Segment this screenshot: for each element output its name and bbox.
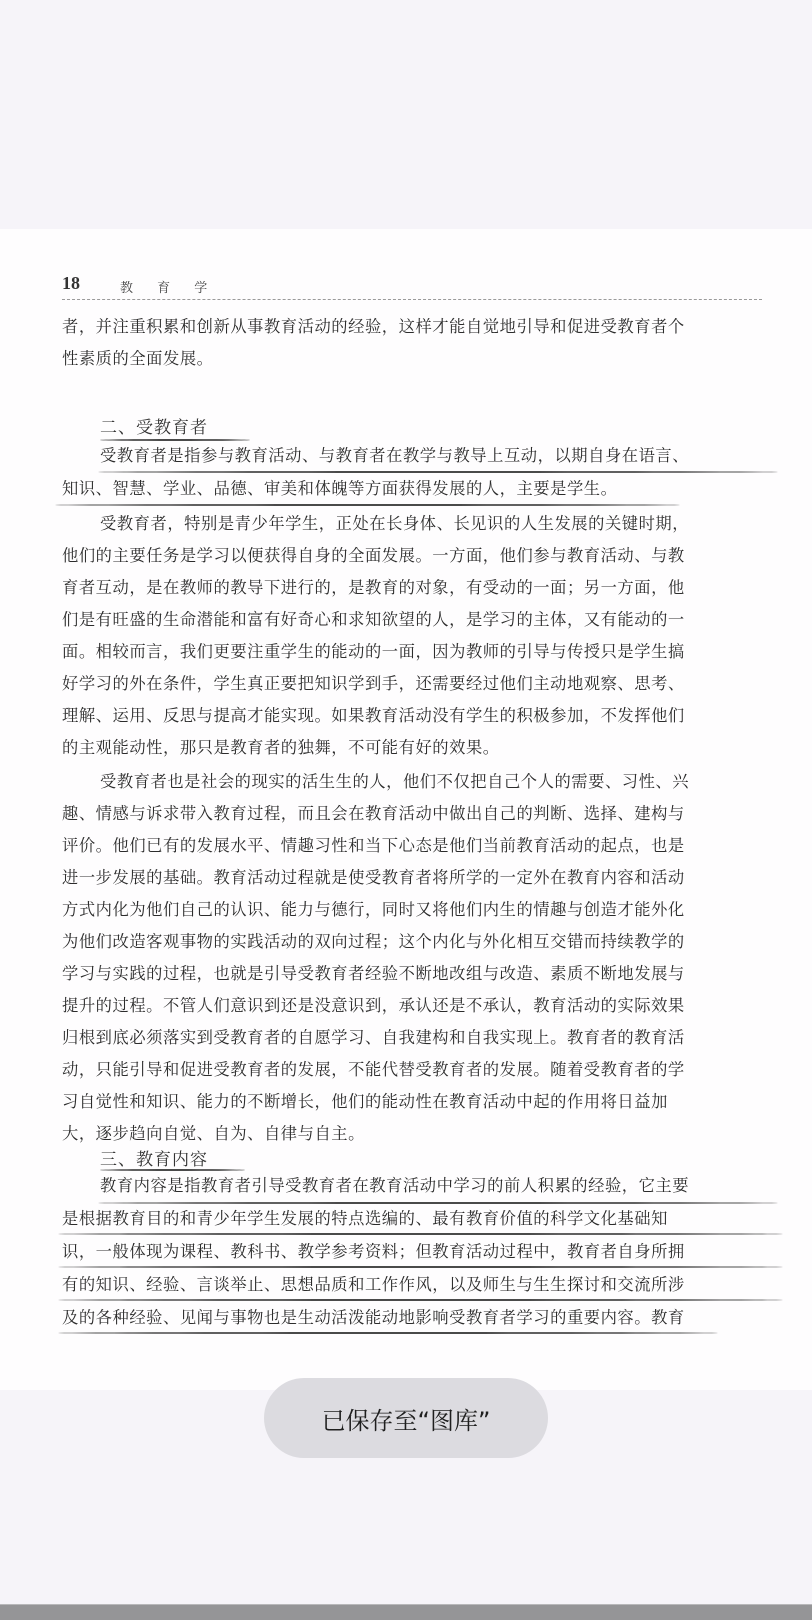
saved-to-gallery-toast: 已保存至“图库” — [264, 1378, 548, 1458]
definition-line: 识，一般体现为课程、教科书、教学参考资料；但教育活动过程中，教育者自身所拥 — [62, 1242, 772, 1262]
text-line: 学习与实践的过程，也就是引导受教育者经验不断地改组与改造、素质不断地发展与 — [62, 964, 772, 984]
text-line: 受教育者也是社会的现实的活生生的人，他们不仅把自己个人的需要、习性、兴 — [100, 772, 772, 792]
text-line: 为他们改造客观事物的实践活动的双向过程；这个内化与外化相互交错而持续教学的 — [62, 932, 772, 952]
text-line: 趣、情感与诉求带入教育过程，而且会在教育活动中做出自己的判断、选择、建构与 — [62, 804, 772, 824]
text-line: 他们的主要任务是学习以便获得自身的全面发展。一方面，他们参与教育活动、与教 — [62, 546, 772, 566]
text-line: 育者互动，是在教师的教导下进行的，是教育的对象，有受动的一面；另一方面，他 — [62, 578, 772, 598]
definition-line: 及的各种经验、见闻与事物也是生动活泼能动地影响受教育者学习的重要内容。教育 — [62, 1308, 772, 1328]
page-number: 18 — [62, 273, 80, 294]
text-line: 进一步发展的基础。教育活动过程就是使受教育者将所学的一定外在教育内容和活动 — [62, 868, 772, 888]
handwritten-underline — [98, 471, 778, 473]
definition-line: 教育内容是指教育者引导受教育者在教育活动中学习的前人积累的经验，它主要 — [100, 1176, 772, 1196]
text-line: 归根到底必须落实到受教育者的自愿学习、自我建构和自我实现上。教育者的教育活 — [62, 1028, 772, 1048]
handwritten-underline — [58, 1299, 783, 1301]
text-line: 大，逐步趋向自觉、自为、自律与自主。 — [62, 1124, 772, 1144]
text-line: 好学习的外在条件，学生真正要把知识学到手，还需要经过他们主动地观察、思考、 — [62, 674, 772, 694]
document-page-image[interactable]: 18 教 育 学 者，并注重积累和创新从事教育活动的经验，这样才能自觉地引导和促… — [0, 229, 812, 1390]
section-heading-learners: 二、受教育者 — [100, 413, 208, 438]
handwritten-underline — [100, 1169, 245, 1171]
definition-line: 受教育者是指参与教育活动、与教育者在教学与教导上互动，以期自身在语言、 — [100, 446, 772, 466]
handwritten-underline — [98, 1202, 778, 1204]
text-line: 者，并注重积累和创新从事教育活动的经验，这样才能自觉地引导和促进受教育者个 — [62, 317, 772, 337]
handwritten-underline — [58, 1332, 718, 1334]
text-line: 们是有旺盛的生命潜能和富有好奇心和求知欲望的人，是学习的主体，又有能动的一 — [62, 610, 772, 630]
definition-line: 知识、智慧、学业、品德、审美和体魄等方面获得发展的人，主要是学生。 — [62, 479, 772, 499]
viewer-background-top — [0, 0, 812, 229]
text-line: 面。相较而言，我们更要注重学生的能动的一面，因为教师的引导与传授只是学生搞 — [62, 642, 772, 662]
handwritten-underline — [100, 439, 250, 441]
handwritten-underline — [58, 1266, 783, 1268]
book-title: 教 育 学 — [120, 277, 217, 296]
bottom-system-bar — [0, 1604, 812, 1620]
handwritten-underline — [58, 1233, 783, 1235]
text-line: 评价。他们已有的发展水平、情趣习性和当下心态是他们当前教育活动的起点，也是 — [62, 836, 772, 856]
text-line: 性素质的全面发展。 — [62, 349, 772, 369]
text-line: 的主观能动性，那只是教育者的独舞，不可能有好的效果。 — [62, 738, 772, 758]
toast-message: 已保存至“图库” — [322, 1401, 491, 1436]
handwritten-underline — [55, 504, 680, 506]
text-line: 动，只能引导和促进受教育者的发展，不能代替受教育者的发展。随着受教育者的学 — [62, 1060, 772, 1080]
text-line: 理解、运用、反思与提高才能实现。如果教育活动没有学生的积极参加，不发挥他们 — [62, 706, 772, 726]
section-heading-content: 三、教育内容 — [100, 1145, 208, 1170]
text-line: 提升的过程。不管人们意识到还是没意识到，承认还是不承认，教育活动的实际效果 — [62, 996, 772, 1016]
definition-line: 是根据教育目的和青少年学生发展的特点选编的、最有教育价值的科学文化基础知 — [62, 1209, 772, 1229]
text-line: 习自觉性和知识、能力的不断增长，他们的能动性在教育活动中起的作用将日益加 — [62, 1092, 772, 1112]
text-line: 受教育者，特别是青少年学生，正处在长身体、长见识的人生发展的关键时期， — [100, 514, 772, 534]
header-rule — [62, 299, 762, 300]
text-line: 方式内化为他们自己的认识、能力与德行，同时又将他们内生的情趣与创造才能外化 — [62, 900, 772, 920]
definition-line: 有的知识、经验、言谈举止、思想品质和工作作风，以及师生与生生探讨和交流所涉 — [62, 1275, 772, 1295]
